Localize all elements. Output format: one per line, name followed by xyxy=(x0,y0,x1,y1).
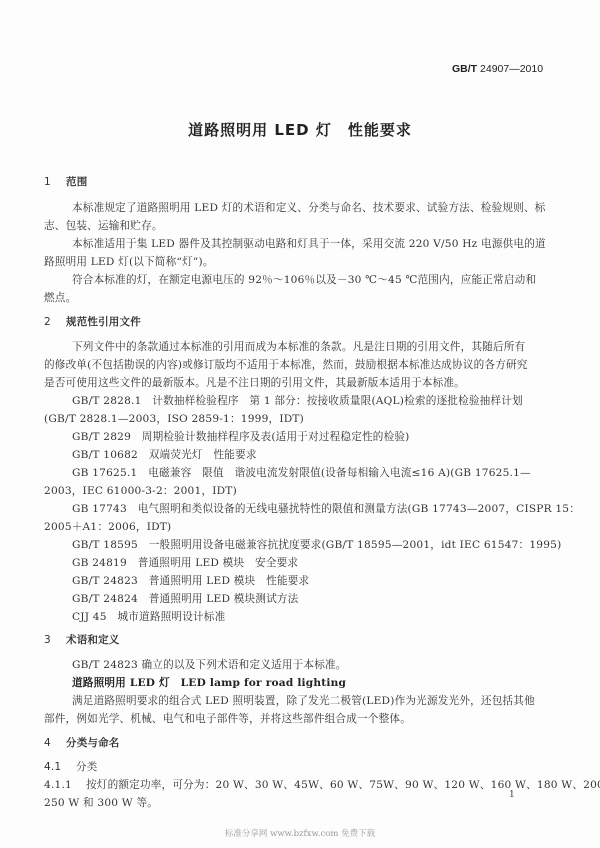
subsection-number: 4.1 xyxy=(44,760,76,774)
standard-number: 24907—2010 xyxy=(480,63,543,75)
reference-item: CJJ 45 城市道路照明设计标准 xyxy=(72,610,225,624)
page-number: 1 xyxy=(509,790,515,800)
section-number: 3 xyxy=(44,633,66,647)
reference-item-continuation: 2005＋A1：2006，IDT) xyxy=(44,520,171,534)
reference-item-continuation: (GB/T 2828.1—2003，ISO 2859-1：1999，IDT) xyxy=(44,412,304,426)
reference-item: GB/T 24824 普通照明用 LED 模块测试方法 xyxy=(72,592,298,606)
section-title: 范围 xyxy=(66,176,87,188)
reference-item: GB 17625.1 电磁兼容 限值 谐波电流发射限值(设备每相输入电流≤16 … xyxy=(72,466,531,480)
clause-continuation: 250 W 和 300 W 等。 xyxy=(44,796,158,810)
reference-item: GB/T 24823 普通照明用 LED 模块 性能要求 xyxy=(72,574,309,588)
paragraph-line: 本标准适用于集 LED 器件及其控制驱动电路和灯具于一体，采用交流 220 V/… xyxy=(72,237,546,251)
document-title: 道路照明用 LED 灯 性能要求 xyxy=(0,119,600,140)
definition-line: 部件，例如光学、机械、电气和电子部件等，并将这些部件组合成一个整体。 xyxy=(44,712,411,726)
reference-item: GB/T 2829 周期检验计数抽样程序及表(适用于对过程稳定性的检验) xyxy=(72,430,410,444)
reference-item: GB/T 2828.1 计数抽样检验程序 第 1 部分：按接收质量限(AQL)检… xyxy=(72,394,523,408)
clause-4-1-1: 4.1.1按灯的额定功率，可分为：20 W、30 W、45W、60 W、75W、… xyxy=(44,778,600,792)
paragraph-line: 燃点。 xyxy=(44,291,76,305)
paragraph-line: 是否可使用这些文件的最新版本。凡是不注日期的引用文件，其最新版本适用于本标准。 xyxy=(44,376,465,390)
standard-prefix: GB/T xyxy=(452,63,477,75)
definition-line: 满足道路照明要求的组合式 LED 照明装置，除了发光二极管(LED)作为光源发光… xyxy=(72,694,535,708)
term-heading: 道路照明用 LED 灯 LED lamp for road lighting xyxy=(72,676,346,690)
reference-item-continuation: 2003，IEC 61000-3-2：2001，IDT) xyxy=(44,484,237,498)
document-page: GB/T 24907—2010 道路照明用 LED 灯 性能要求 1范围 本标准… xyxy=(0,0,600,848)
section-number: 1 xyxy=(44,175,66,189)
watermark: 标准分享网 www.bzfxw.com 免费下载 xyxy=(0,827,600,839)
subsection-4-1-heading: 4.1分类 xyxy=(44,760,97,774)
paragraph-line: 志、包装、运输和贮存。 xyxy=(44,219,163,233)
clause-text: 按灯的额定功率，可分为：20 W、30 W、45W、60 W、75W、90 W、… xyxy=(86,779,600,791)
standard-code-header: GB/T 24907—2010 xyxy=(452,63,543,75)
paragraph-line: 符合本标准的灯，在额定电源电压的 92％～106％以及－30 ℃～45 ℃范围内… xyxy=(72,273,536,287)
reference-item: GB 17743 电气照明和类似设备的无线电骚扰特性的限值和测量方法(GB 17… xyxy=(72,502,580,516)
section-4-heading: 4分类与命名 xyxy=(44,736,120,750)
paragraph-line: 本标准规定了道路照明用 LED 灯的术语和定义、分类与命名、技术要求、试验方法、… xyxy=(72,201,546,215)
section-number: 2 xyxy=(44,315,66,329)
section-title: 分类与命名 xyxy=(66,737,120,749)
section-number: 4 xyxy=(44,736,66,750)
section-1-heading: 1范围 xyxy=(44,175,87,189)
section-title: 规范性引用文件 xyxy=(66,316,141,328)
section-3-heading: 3术语和定义 xyxy=(44,633,120,647)
section-title: 术语和定义 xyxy=(66,634,120,646)
definitions-intro: GB/T 24823 确立的以及下列术语和定义适用于本标准。 xyxy=(72,658,347,672)
paragraph-line: 路照明用 LED 灯(以下简称“灯”)。 xyxy=(44,255,214,269)
subsection-title: 分类 xyxy=(76,761,97,773)
section-2-heading: 2规范性引用文件 xyxy=(44,315,141,329)
paragraph-line: 下列文件中的条款通过本标准的引用而成为本标准的条款。凡是注日期的引用文件，其随后… xyxy=(72,340,525,354)
paragraph-line: 的修改单(不包括勘误的内容)或修订版均不适用于本标准，然而，鼓励根据本标准达成协… xyxy=(44,358,528,372)
reference-item: GB/T 18595 一般照明用设备电磁兼容抗扰度要求(GB/T 18595—2… xyxy=(72,538,561,552)
clause-number: 4.1.1 xyxy=(44,778,86,792)
reference-item: GB/T 10682 双端荧光灯 性能要求 xyxy=(72,448,257,462)
reference-item: GB 24819 普通照明用 LED 模块 安全要求 xyxy=(72,556,298,570)
